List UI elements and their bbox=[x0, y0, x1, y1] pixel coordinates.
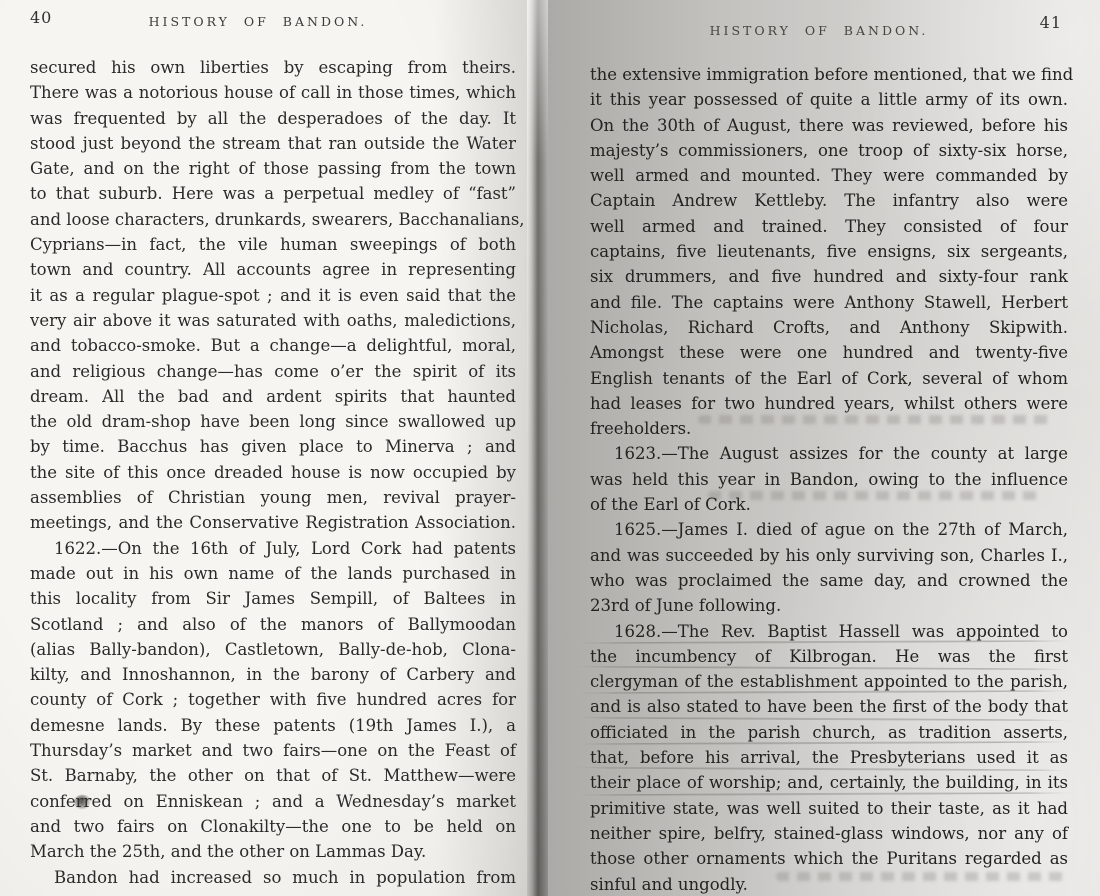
text-line: six drummers, and five hundred and sixty… bbox=[590, 264, 1068, 289]
text-line: to that suburb. Here was a perpetual med… bbox=[30, 181, 516, 206]
text-line: of the Earl of Cork. bbox=[590, 492, 1068, 517]
page-body-left: secured his own liberties by escaping fr… bbox=[30, 55, 516, 890]
ink-blot bbox=[74, 795, 91, 809]
text-line: well armed and mounted. They were comman… bbox=[590, 163, 1068, 188]
text-line: those other ornaments which the Puritans… bbox=[590, 846, 1068, 871]
text-line: their place of worship; and, certainly, … bbox=[590, 770, 1068, 795]
text-line: town and country. All accounts agree in … bbox=[30, 257, 516, 282]
running-header-right: HISTORY OF BANDON. bbox=[584, 23, 1054, 38]
text-line: Amongst these were one hundred and twent… bbox=[590, 340, 1068, 365]
text-line: conferred on Enniskean ; and a Wednesday… bbox=[30, 789, 516, 814]
text-line: well armed and trained. They consisted o… bbox=[590, 214, 1068, 239]
text-line: had leases for two hundred years, whilst… bbox=[590, 391, 1068, 416]
book-scan: 40 HISTORY OF BANDON. secured his own li… bbox=[0, 0, 1100, 896]
page-41: HISTORY OF BANDON. 41 the extensive immi… bbox=[548, 0, 1100, 896]
running-header-left: HISTORY OF BANDON. bbox=[14, 14, 502, 29]
text-line: county of Cork ; together with five hund… bbox=[30, 687, 516, 712]
text-line: the extensive immigration before mention… bbox=[590, 62, 1068, 87]
text-line: Nicholas, Richard Crofts, and Anthony Sk… bbox=[590, 315, 1068, 340]
text-line: captains, five lieutenants, five ensigns… bbox=[590, 239, 1068, 264]
text-line: secured his own liberties by escaping fr… bbox=[30, 55, 516, 80]
text-line: and is also stated to have been the firs… bbox=[590, 694, 1068, 719]
text-line: March the 25th, and the other on Lammas … bbox=[30, 839, 516, 864]
text-line: by time. Bacchus has given place to Mine… bbox=[30, 434, 516, 459]
page-40: 40 HISTORY OF BANDON. secured his own li… bbox=[0, 0, 530, 896]
text-line: officiated in the parish church, as trad… bbox=[590, 720, 1068, 745]
page-body-right: the extensive immigration before mention… bbox=[590, 62, 1068, 896]
text-line: Cyprians—in fact, the vile human sweepin… bbox=[30, 232, 516, 257]
text-line: English tenants of the Earl of Cork, sev… bbox=[590, 366, 1068, 391]
text-line: it this year possessed of quite a little… bbox=[590, 87, 1068, 112]
text-line: clergyman of the establishment appointed… bbox=[590, 669, 1068, 694]
text-line: freeholders. bbox=[590, 416, 1068, 441]
page-number-right: 41 bbox=[1040, 13, 1062, 32]
text-line: Captain Andrew Kettleby. The infantry al… bbox=[590, 188, 1068, 213]
text-line: majesty’s commissioners, one troop of si… bbox=[590, 138, 1068, 163]
text-line: 1628.—The Rev. Baptist Hassell was appoi… bbox=[590, 619, 1068, 644]
text-line: the site of this once dreaded house is n… bbox=[30, 460, 516, 485]
text-line: assemblies of Christian young men, reviv… bbox=[30, 485, 516, 510]
text-line: the old dram-shop have been long since s… bbox=[30, 409, 516, 434]
text-line: and tobacco-smoke. But a change—a deligh… bbox=[30, 333, 516, 358]
text-line: Thursday’s market and two fairs—one on t… bbox=[30, 738, 516, 763]
text-line: Gate, and on the right of those passing … bbox=[30, 156, 516, 181]
text-line: 1622.—On the 16th of July, Lord Cork had… bbox=[30, 536, 516, 561]
text-line: who was proclaimed the same day, and cro… bbox=[590, 568, 1068, 593]
text-line: 1623.—The August assizes for the county … bbox=[590, 441, 1068, 466]
text-line: this locality from Sir James Sempill, of… bbox=[30, 586, 516, 611]
text-line: stood just beyond the stream that ran ou… bbox=[30, 131, 516, 156]
text-line: and religious change—has come o’er the s… bbox=[30, 359, 516, 384]
text-line: was held this year in Bandon, owing to t… bbox=[590, 467, 1068, 492]
text-line: sinful and ungodly. bbox=[590, 872, 1068, 896]
text-line: meetings, and the Conservative Registrat… bbox=[30, 510, 516, 535]
text-line: and loose characters, drunkards, swearer… bbox=[30, 207, 516, 232]
text-line: neither spire, belfry, stained-glass win… bbox=[590, 821, 1068, 846]
text-line: There was a notorious house of call in t… bbox=[30, 80, 516, 105]
text-line: demesne lands. By these patents (19th Ja… bbox=[30, 713, 516, 738]
text-line: very air above it was saturated with oat… bbox=[30, 308, 516, 333]
text-line: kilty, and Innoshannon, in the barony of… bbox=[30, 662, 516, 687]
text-line: 23rd of June following. bbox=[590, 593, 1068, 618]
text-line: made out in his own name of the lands pu… bbox=[30, 561, 516, 586]
text-line: and two fairs on Clonakilty—the one to b… bbox=[30, 814, 516, 839]
text-line: and was succeeded by his only surviving … bbox=[590, 543, 1068, 568]
text-line: St. Barnaby, the other on that of St. Ma… bbox=[30, 763, 516, 788]
text-line: was frequented by all the desperadoes of… bbox=[30, 106, 516, 131]
text-line: On the 30th of August, there was reviewe… bbox=[590, 113, 1068, 138]
book-gutter-shadow bbox=[527, 0, 548, 896]
text-line: the incumbency of Kilbrogan. He was the … bbox=[590, 644, 1068, 669]
text-line: Scotland ; and also of the manors of Bal… bbox=[30, 612, 516, 637]
text-line: and file. The captains were Anthony Staw… bbox=[590, 290, 1068, 315]
text-line: Bandon had increased so much in populati… bbox=[30, 865, 516, 890]
text-line: 1625.—James I. died of ague on the 27th … bbox=[590, 517, 1068, 542]
text-line: that, before his arrival, the Presbyteri… bbox=[590, 745, 1068, 770]
text-line: dream. All the bad and ardent spirits th… bbox=[30, 384, 516, 409]
text-line: primitive state, was well suited to thei… bbox=[590, 796, 1068, 821]
text-line: it as a regular plague-spot ; and it is … bbox=[30, 283, 516, 308]
text-line: (alias Bally-bandon), Castletown, Bally-… bbox=[30, 637, 516, 662]
